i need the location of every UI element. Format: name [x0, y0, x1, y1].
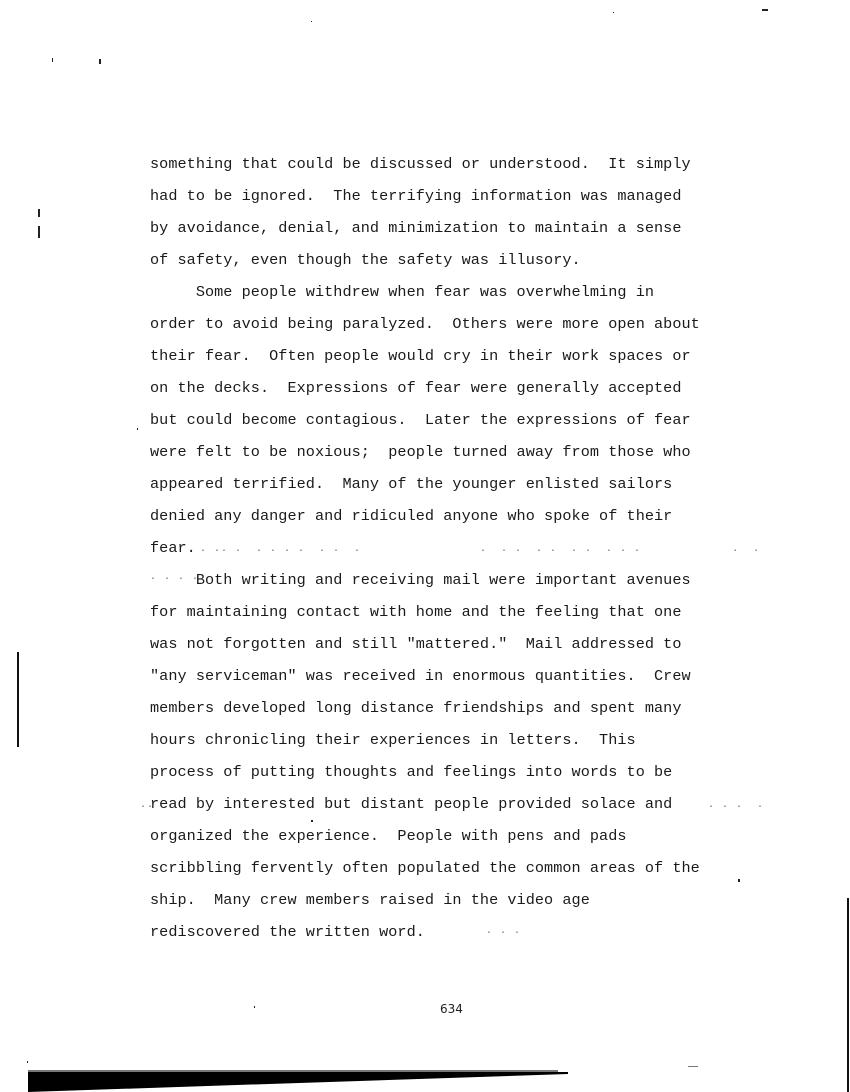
text-line: were felt to be noxious; people turned a… — [150, 442, 691, 462]
text-line: members developed long distance friendsh… — [150, 698, 682, 718]
text-line: read by interested but distant people pr… — [150, 794, 672, 814]
scan-speck — [38, 226, 40, 238]
scan-speck — [27, 1061, 28, 1063]
scan-edge-mark — [17, 652, 19, 747]
scan-speck — [738, 879, 740, 882]
scan-noise: .. — [140, 800, 154, 811]
scan-bottom-bar — [28, 1072, 568, 1092]
text-line: ship. Many crew members raised in the vi… — [150, 890, 590, 910]
text-line: on the decks. Expressions of fear were g… — [150, 378, 682, 398]
text-line: rediscovered the written word. — [150, 922, 425, 942]
text-line: denied any danger and ridiculed anyone w… — [150, 506, 672, 526]
scan-speck — [613, 12, 614, 13]
text-line: something that could be discussed or und… — [150, 154, 691, 174]
text-line: scribbling fervently often populated the… — [150, 858, 700, 878]
scan-speck — [137, 428, 138, 430]
text-line: for maintaining contact with home and th… — [150, 602, 682, 622]
text-line: Both writing and receiving mail were imp… — [150, 570, 691, 590]
text-line: hours chronicling their experiences in l… — [150, 730, 636, 750]
text-line: "any serviceman" was received in enormou… — [150, 666, 691, 686]
text-line: Some people withdrew when fear was overw… — [150, 282, 654, 302]
text-line: fear. — [150, 538, 196, 558]
text-line: of safety, even though the safety was il… — [150, 250, 581, 270]
scan-speck — [52, 58, 53, 62]
scan-noise: . . . . — [150, 572, 199, 583]
text-line: by avoidance, denial, and minimization t… — [150, 218, 682, 238]
scan-speck — [688, 1066, 698, 1067]
scan-noise: . . . — [486, 926, 521, 937]
scan-speck — [311, 820, 313, 822]
text-line: organized the experience. People with pe… — [150, 826, 627, 846]
page-number: 634 — [440, 1002, 463, 1016]
text-line: order to avoid being paralyzed. Others w… — [150, 314, 700, 334]
text-line: was not forgotten and still "mattered." … — [150, 634, 682, 654]
scan-speck — [762, 9, 768, 11]
scan-speck — [38, 209, 40, 217]
scanned-document-page: something that could be discussed or und… — [0, 0, 850, 1092]
scan-edge-mark — [847, 898, 849, 1092]
scan-speck — [99, 59, 101, 64]
text-line: had to be ignored. The terrifying inform… — [150, 186, 682, 206]
scan-speck — [254, 1006, 255, 1008]
text-line: process of putting thoughts and feelings… — [150, 762, 672, 782]
text-line: but could become contagious. Later the e… — [150, 410, 691, 430]
scan-bottom-shadow — [28, 1070, 558, 1072]
text-line: appeared terrified. Many of the younger … — [150, 474, 672, 494]
scan-noise: . . . . — [708, 800, 764, 811]
scan-speck — [311, 21, 312, 22]
scan-noise: . .. . . . . . . . . . . . . . . . . . .… — [200, 544, 760, 555]
text-line: their fear. Often people would cry in th… — [150, 346, 691, 366]
